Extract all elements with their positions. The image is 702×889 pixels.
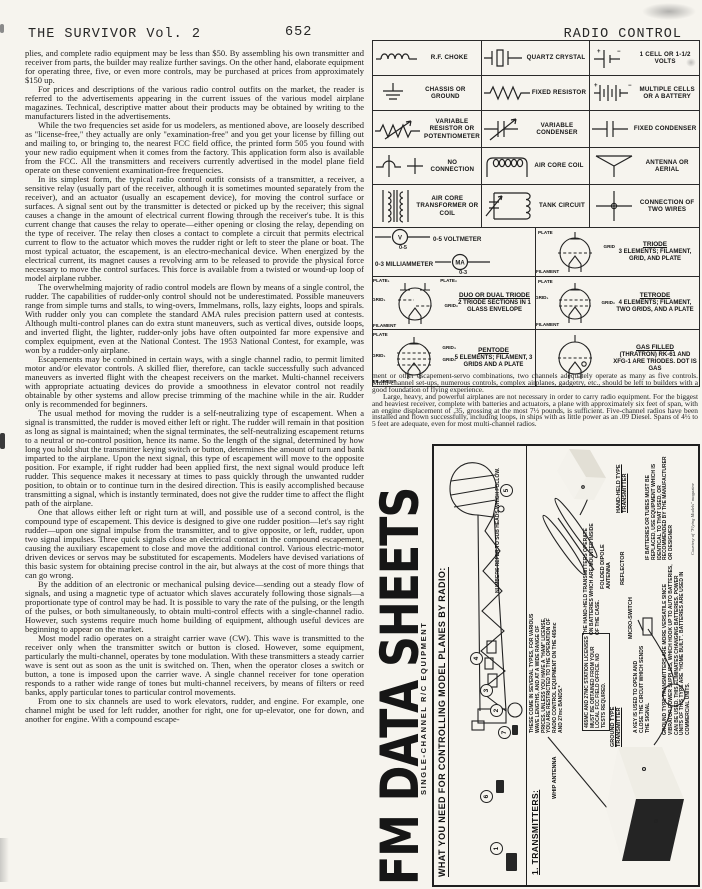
symbol-cell: NO CONNECTION [373,148,482,184]
svg-text:−: − [628,83,632,89]
paragraph: By the addition of an electronic or mech… [25,580,364,634]
air-core-transformer-icon [375,188,415,224]
credit-line: Courtesy of "Flying Models" magazine [690,445,695,555]
symbol-cell: CONNECTION OF TWO WIRES [590,185,699,227]
milliammeter-icon: MA [435,253,491,271]
paragraph: For prices and descriptions of the vario… [25,85,364,121]
fm-data-sheet: FM DATA SHEETS SINGLE-CHANNEL R/C EQUIPM… [372,442,702,889]
reflector-label: REFLECTOR [620,535,626,585]
scan-mark [0,433,5,449]
symbol-cell: CHASSIS OR GROUND [373,76,482,110]
tank-circuit-icon [484,188,536,224]
tetrode-cell: PLATE GRID₁ GRID₂ FILAMENT TETRODE 4 ELE… [536,277,699,329]
battery-note: IF BATTERIES OR TUBES MUST BE REPLACED, … [646,450,675,560]
paragraph: The usual method for moving the rudder i… [25,409,364,508]
sheet-frame: WHAT YOU NEED FOR CONTROLLING MODEL PLAN… [432,444,700,887]
variable-resistor-icon [375,116,423,142]
symbol-cell: +− MULTIPLE CELLS OR A BATTERY [590,76,699,110]
tetrode-icon [551,279,599,327]
scan-smudge [642,3,696,20]
milliammeter-range: 0-3 [459,270,467,276]
dual-triode-cell: PLATE₁ PLATE₂ GRID₁ GRID₂ FILAMENT DUO O… [373,277,536,329]
book-title: THE SURVIVOR Vol. 2 [28,27,201,42]
svg-text:+: + [594,83,598,89]
single-cell-icon: +− [592,46,632,70]
paragraph: Large, heavy, and powerful airplanes are… [372,394,698,429]
paragraph: ment or other escapement-servo combinati… [372,373,698,394]
paragraph: In its simplest form, the typical radio … [25,175,364,283]
paragraph: One that allows either left or right tur… [25,508,364,580]
fixed-condenser-icon [592,117,632,141]
symbol-cell: AIR CORE TRANSFORMER OR COIL [373,185,482,227]
voltmeter-icon: V [375,228,431,246]
triode-cell: PLATE GRID FILAMENT TRIODE 3 ELEMENTS; F… [536,228,699,276]
no-connection-icon [375,153,425,179]
symbol-cell: VARIABLE CONDENSER [482,111,591,147]
voltmeter-range: 0-5 [399,245,407,251]
air-core-coil-icon [484,153,530,179]
paragraph: Escapements may be combined in certain w… [25,355,364,409]
rf-choke-icon [375,47,419,69]
scan-mark [0,24,4,33]
dual-triode-icon [389,279,441,327]
chassis-ground-icon [375,81,411,105]
radio-symbols-table: R.F. CHOKE QUARTZ CRYSTAL +− 1 CELL OR 1… [372,40,700,387]
handheld-transmitter-drawing [550,445,612,507]
scanned-book-page: THE SURVIVOR Vol. 2 652 RADIO CONTROL pl… [0,0,702,889]
right-text-column: ment or other escapement-servo combinati… [372,373,698,428]
symbol-cell: +− 1 CELL OR 1-1/2 VOLTS [590,41,699,75]
body-text-column: plies, and complete radio equipment may … [25,49,364,724]
sheet-subtitle: SINGLE-CHANNEL R/C EQUIPMENT [419,622,428,795]
paragraph: The overwhelming majority of radio contr… [25,283,364,355]
milliammeter-label: 0-3 MILLIAMMETER [375,261,433,268]
symbol-cell: VARIABLE RESISTOR OR POTENTIOMETER [373,111,482,147]
meters-cell: V 0-5 0-5 VOLTMETER 0-3 MILLIAMMETER MA … [373,228,536,276]
paragraph: While the two frequencies set aside for … [25,121,364,175]
svg-text:V: V [398,236,402,242]
symbol-cell: R.F. CHOKE [373,41,482,75]
svg-text:+: + [597,49,601,55]
quartz-crystal-icon [484,46,524,70]
multiple-cells-icon: +− [592,81,636,105]
symbol-cell: FIXED CONDENSER [590,111,699,147]
voltmeter-label: 0-5 VOLTMETER [433,236,481,243]
fixed-resistor-icon [484,82,530,104]
folded-dipole-label: FOLDED DIPOLE ANTENNA [600,523,612,589]
page-number: 652 [285,25,312,40]
symbol-cell: QUARTZ CRYSTAL [482,41,591,75]
two-wires-connection-icon [592,189,636,223]
paragraph: plies, and complete radio equipment may … [25,49,364,85]
variable-condenser-icon [484,116,526,142]
antenna-icon [592,153,636,179]
svg-text:−: − [617,49,621,55]
symbol-cell: TANK CIRCUIT [482,185,591,227]
symbol-cell: ANTENNA OR AERIAL [590,148,699,184]
handheld-transmitter-label: HAND-HELD TYPE TRANSMITTER [616,455,628,513]
paragraph: From one to six channels are used to wor… [25,697,364,724]
svg-text:MA: MA [455,261,465,267]
milliammeter-row: 0-3 MILLIAMMETER MA 0-3 [375,253,533,276]
scan-smudge [0,838,9,882]
voltmeter-row: V 0-5 0-5 VOLTMETER [375,228,533,251]
symbol-cell: FIXED RESISTOR [482,76,591,110]
ground-transmitters-note: GROUND TYPE TRANSMITTERS ARE MORE VERSAT… [663,563,692,735]
paragraph: Most model radio operates on a straight … [25,634,364,697]
symbol-cell: AIR CORE COIL [482,148,591,184]
